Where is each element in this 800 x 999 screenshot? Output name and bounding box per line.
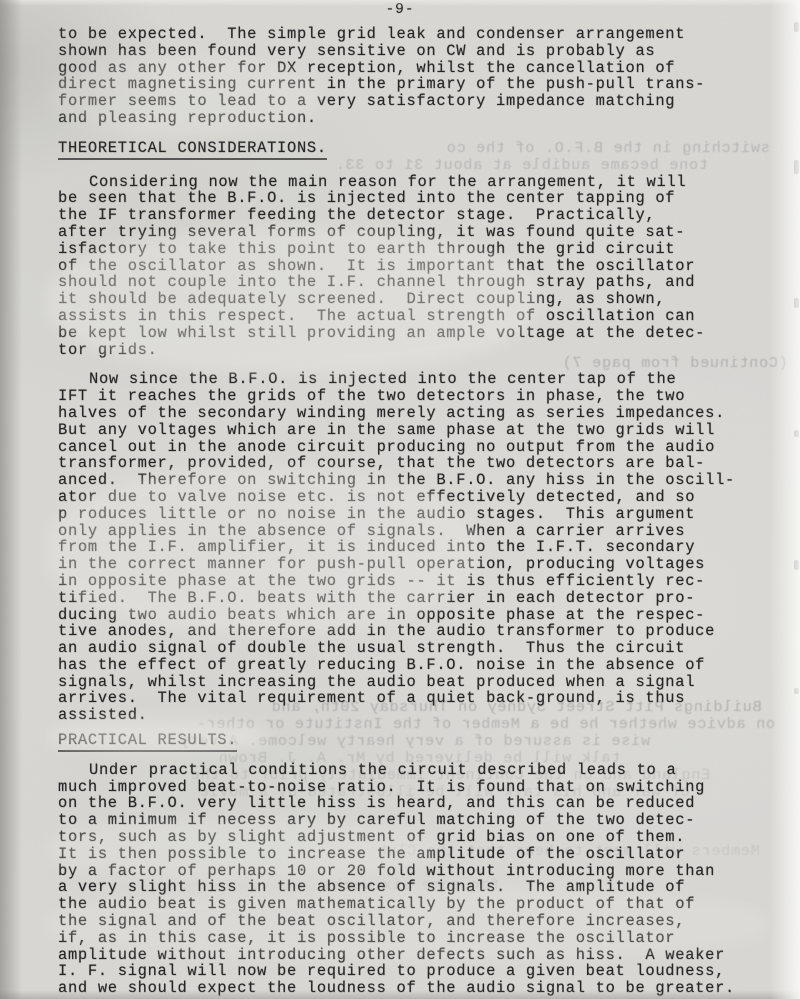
scan-artifact bbox=[794, 688, 799, 694]
document-body: to be expected. The simple grid leak and… bbox=[58, 26, 758, 997]
scan-artifact bbox=[794, 560, 799, 570]
scan-artifact bbox=[794, 298, 799, 308]
heading-practical-text: PRACTICAL RESULTS. bbox=[58, 732, 237, 752]
scan-artifact bbox=[794, 160, 799, 174]
page-number: -9- bbox=[0, 2, 800, 18]
scan-artifact bbox=[794, 430, 799, 437]
section-heading-practical: PRACTICAL RESULTS. bbox=[58, 732, 758, 752]
heading-theoretical-text: THEORETICAL CONSIDERATIONS. bbox=[58, 140, 327, 160]
paragraph-theoretical-2: Now since the B.F.O. is injected into th… bbox=[58, 371, 758, 724]
paragraph-intro: to be expected. The simple grid leak and… bbox=[58, 26, 758, 127]
paragraph-theoretical-1: Considering now the main reason for the … bbox=[58, 174, 758, 359]
paragraph-practical: Under practical conditions the circuit d… bbox=[58, 762, 758, 997]
scan-artifact bbox=[794, 22, 799, 32]
section-heading-theoretical: THEORETICAL CONSIDERATIONS. bbox=[58, 140, 758, 160]
